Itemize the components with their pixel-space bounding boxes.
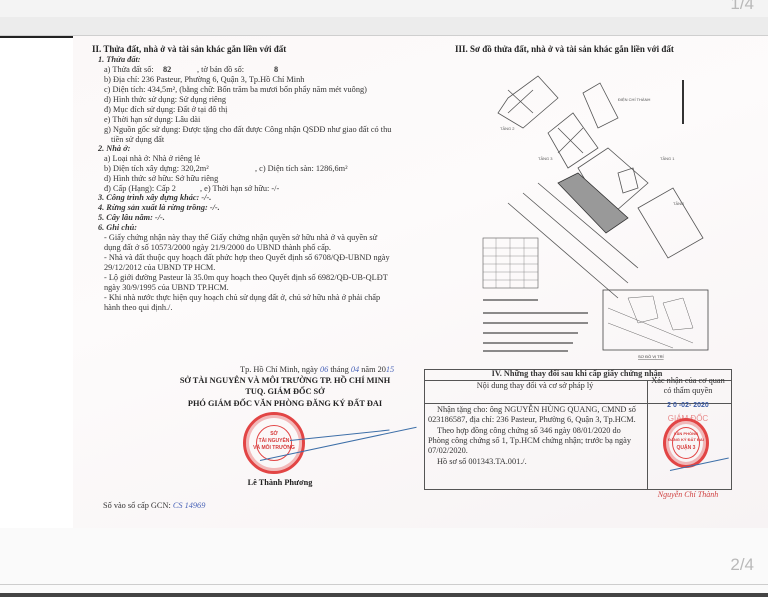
- changes-col1-header: Nội dung thay đổi và cơ sở pháp lý: [424, 381, 646, 391]
- page-indicator-top: 1/4: [730, 0, 754, 14]
- signing-on-behalf: TUQ. GIÁM ĐỐC SỞ: [150, 387, 420, 397]
- svg-text:TẦNG 3: TẦNG 3: [538, 156, 553, 161]
- registry-number: Số vào sổ cấp GCN: CS 14969: [103, 501, 205, 511]
- land-origin-1: g) Nguồn gốc sử dụng: Được tặng cho đất …: [104, 125, 391, 135]
- house-type: a) Loại nhà ở: Nhà ở riêng lẻ: [104, 154, 200, 164]
- forest: 4. Rừng sản xuất là rừng trồng: -/-.: [98, 203, 220, 213]
- changes-col2-header-2: có thẩm quyền: [646, 386, 730, 396]
- signing-place-date: Tp. Hồ Chí Minh, ngày 06 tháng 04 năm 20…: [240, 365, 394, 375]
- house-heading: 2. Nhà ở:: [98, 144, 130, 154]
- notes-heading: 6. Ghi chú:: [98, 223, 137, 233]
- svg-text:ĐIỆN CHÍ THÀNH: ĐIỆN CHÍ THÀNH: [618, 97, 650, 102]
- note-line: - Khi nhà nước thực hiện quy hoạch chủ s…: [104, 293, 380, 303]
- note-line: - Lộ giới đường Pasteur là 35.0m quy hoạ…: [104, 273, 388, 283]
- change-line: Hồ sơ số 001343.TA.001./.: [437, 457, 527, 467]
- map-sheet-label: , tờ bản đồ số:: [197, 65, 244, 75]
- parcel-no: 82: [163, 65, 171, 75]
- section-3-title: III. Sơ đồ thửa đất, nhà ở và tài sản kh…: [455, 44, 674, 54]
- change-line: Phòng công chứng số 1, Tp.HCM chứng nhận…: [428, 436, 631, 446]
- signing-position: PHÓ GIÁM ĐỐC VĂN PHÒNG ĐĂNG KÝ ĐẤT ĐAI: [150, 399, 420, 409]
- perennial-trees: 5. Cây lâu năm: -/-.: [98, 213, 165, 223]
- note-line: - Giấy chứng nhận này thay thế Giấy chứn…: [104, 233, 377, 243]
- district-stamp: VĂN PHÒNG ĐĂNG KÝ ĐẤT ĐAI QUẬN 3: [663, 418, 709, 468]
- note-line: dụng đất ở số 10573/2000 ngày 21/9/2000 …: [104, 243, 331, 253]
- confirm-date: 2 0 -02- 2020: [646, 401, 730, 411]
- change-line: 07/02/2020.: [428, 446, 468, 456]
- signer-name: Lê Thành Phương: [200, 478, 360, 488]
- land-area: c) Diện tích: 434,5m², (bằng chữ: Bốn tr…: [104, 85, 367, 95]
- page-separator: [0, 17, 768, 36]
- change-line: 023186587, địa chỉ: 236 Pasteur, Phường …: [428, 415, 636, 425]
- house-ownership-form: d) Hình thức sở hữu: Sở hữu riêng: [104, 174, 218, 184]
- left-margin: [0, 36, 73, 528]
- svg-text:TẦNG 2: TẦNG 2: [500, 126, 515, 131]
- changes-col2-header-1: Xác nhận của cơ quan: [646, 376, 730, 386]
- note-line: - Nhà và đất thuộc quy hoạch đất phức hợ…: [104, 253, 390, 263]
- other-construction: 3. Công trình xây dựng khác: -/-.: [98, 193, 211, 203]
- house-floor-area: , c) Diện tích sàn: 1286,6m²: [255, 164, 348, 174]
- land-use-form: d) Hình thức sử dụng: Sử dụng riêng: [104, 95, 226, 105]
- official-stamp: SỞ TÀI NGUYÊN VÀ MÔI TRƯỜNG: [243, 412, 305, 474]
- note-line: ngày 30/9/1995 của UBND TP.HCM.: [104, 283, 229, 293]
- map-sheet-no: 8: [274, 65, 278, 75]
- district-signer-name: Nguyễn Chí Thành: [646, 490, 730, 500]
- parcel-label: a) Thửa đất số:: [104, 65, 154, 75]
- north-arrow: [682, 80, 684, 124]
- svg-text:TẦNG 1: TẦNG 1: [660, 156, 675, 161]
- signing-org: SỞ TÀI NGUYÊN VÀ MÔI TRƯỜNG TP. HỒ CHÍ M…: [150, 376, 420, 386]
- section-2-title: II. Thửa đất, nhà ở và tài sản khác gắn …: [92, 44, 286, 54]
- change-line: Theo hợp đồng công chứng số 346 ngày 08/…: [437, 426, 621, 436]
- note-line: hành theo qui định./.: [104, 303, 172, 313]
- svg-text:SƠ ĐỒ VỊ TRÍ: SƠ ĐỒ VỊ TRÍ: [638, 354, 664, 359]
- house-construction-area: b) Diện tích xây dựng: 320,2m²: [104, 164, 209, 174]
- note-line: 29/12/2012 của UBND TP HCM.: [104, 263, 215, 273]
- change-line: Nhận tặng cho: ông NGUYỄN HÙNG QUANG, CM…: [437, 405, 636, 415]
- viewer-gap: [0, 528, 768, 597]
- land-address: b) Địa chỉ: 236 Pasteur, Phường 6, Quận …: [104, 75, 304, 85]
- land-heading: 1. Thửa đất:: [98, 55, 141, 65]
- land-use-purpose: đ) Mục đích sử dụng: Đất ở tại đô thị: [104, 105, 227, 115]
- page-indicator-bottom: 2/4: [730, 555, 754, 575]
- svg-text:TẦNG: TẦNG: [673, 201, 684, 206]
- house-ownership-term: , e) Thời hạn sở hữu: -/-: [200, 184, 279, 194]
- land-use-term: e) Thời hạn sử dụng: Lâu dài: [104, 115, 200, 125]
- viewer-top-area: [0, 0, 768, 18]
